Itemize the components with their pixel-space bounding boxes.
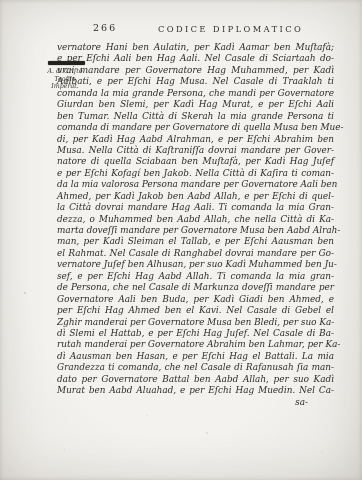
- body-line: marta doveſſi mandare per Governatore Mu…: [57, 226, 334, 237]
- body-line: Aalbati, e per Eſchi Hag Musa. Nel Casal…: [57, 77, 334, 88]
- body-line: ben Tumar. Nella Città di Skerah la mia …: [57, 112, 334, 123]
- body-line: Giurdan ben Slemi, per Kadì Hag Murat, e…: [57, 100, 334, 111]
- scan-noise-speck: [321, 452, 323, 453]
- body-line: vrai mandare per Governatore Hag Muhamme…: [57, 66, 334, 77]
- body-line: dezza, o Muhammed ben Aabd Allah, che ne…: [57, 215, 334, 226]
- body-line: e per Eſchi Aali ben Hag Aali. Nel Casal…: [57, 54, 334, 65]
- scan-noise-speck: [206, 432, 208, 434]
- body-line: vernatore Juſef ben Alhusan, per suo Kad…: [57, 260, 334, 271]
- body-line: rutah manderai per Governatore Abrahim b…: [57, 340, 334, 351]
- body-line: Grandezza ti comanda, che nel Casale di …: [57, 363, 334, 374]
- body-line: man, per Kadì Sleiman el Tallab, e per E…: [57, 237, 334, 248]
- body-line: e per Eſchi Kofagí ben Jakob. Nella Citt…: [57, 169, 334, 180]
- body-line: dato per Governatore Battal ben Aabd All…: [57, 375, 334, 386]
- body-line: da la mia valorosa Persona mandare per G…: [57, 180, 334, 191]
- body-line: Governatore Aali ben Buda, per Kadì Giad…: [57, 295, 334, 306]
- scan-noise-speck: [24, 292, 26, 294]
- body-line: el Rahmat. Nel Casale di Ranghabel dovra…: [57, 249, 334, 260]
- body-line: per Eſchi Hag Ahmed ben el Kavi. Nel Cas…: [57, 306, 334, 317]
- scan-noise-speck: [146, 415, 148, 416]
- body-line: Murat ben Aabd Aluahad, e per Eſchi Hag …: [57, 386, 334, 397]
- body-line: comanda di mandare per Governatore di qu…: [57, 123, 334, 134]
- body-line: Musa. Nella Città di Kaſtraniſſa dovrai …: [57, 146, 334, 157]
- scanned-book-page: 266 CODICE DIPLOMATICO A. di Criſto Teof…: [0, 0, 362, 480]
- scan-noise-speck: [64, 449, 65, 450]
- body-line: sef, e per Eſchi Hag Aabd Allah. Ti coma…: [57, 272, 334, 283]
- scan-noise-speck: [96, 366, 98, 368]
- catchword: sa-: [57, 398, 308, 408]
- body-line: Ahmed, per Kadì Jakob ben Aabd Allah, e …: [57, 192, 334, 203]
- scan-noise-speck: [303, 122, 304, 124]
- page-number: 266: [93, 23, 117, 34]
- body-line: de Persona, che nel Casale di Markunza d…: [57, 283, 334, 294]
- body-line: la Città dovrai mandare Hag Aali. Ti com…: [57, 203, 334, 214]
- body-line: vernatore Hani ben Aulatin, per Kadì Aam…: [57, 43, 334, 54]
- body-line: dì Aausman ben Hasan, e per Eſchi Hag el…: [57, 352, 334, 363]
- body-text: vernatore Hani ben Aulatin, per Kadì Aam…: [57, 43, 334, 398]
- body-line: dì Slemi el Hattab, e per Eſchi Hag Juſe…: [57, 329, 334, 340]
- body-line: comanda la mia grande Persona, che mandi…: [57, 89, 334, 100]
- scan-noise-speck: [118, 248, 120, 249]
- body-line: di, per Kadì Hag Aabd Alrahman, e per Eſ…: [57, 135, 334, 146]
- running-title: CODICE DIPLOMATICO: [158, 24, 303, 34]
- body-line: natore di quella Sciabaan ben Muſtafà, p…: [57, 157, 334, 168]
- body-line: Zghir manderai per Governatore Musa ben …: [57, 318, 334, 329]
